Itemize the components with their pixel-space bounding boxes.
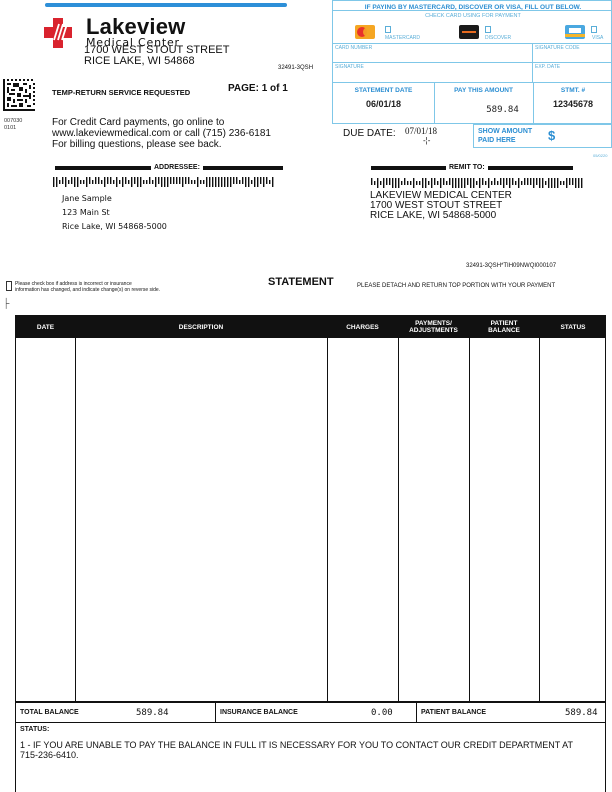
visa-checkbox[interactable]	[591, 26, 597, 33]
address-change-checkbox[interactable]	[6, 281, 12, 291]
insurance-balance-value: 0.00	[371, 708, 393, 718]
status-message: 1 - IF YOU ARE UNABLE TO PAY THE BALANCE…	[20, 740, 590, 760]
signature-field[interactable]: SIGNATURE	[335, 64, 364, 70]
mastercard-icon	[355, 25, 375, 39]
lakeview-logo-icon	[44, 18, 72, 48]
temp-return-notice: TEMP-RETURN SERVICE REQUESTED	[52, 88, 190, 97]
top-accent-rule	[45, 3, 287, 7]
pay-amount-label: PAY THIS AMOUNT	[434, 87, 533, 94]
discover-icon	[459, 25, 479, 39]
statement-table: DATE DESCRIPTION CHARGES PAYMENTS/ ADJUS…	[15, 315, 606, 702]
visa-icon	[565, 25, 585, 39]
reference-code: 32491-3QSH	[278, 65, 313, 71]
statement-title: STATEMENT	[268, 276, 334, 288]
website-link[interactable]: www.lakeviewmedical.com or call (715) 23…	[52, 128, 271, 139]
col-payments: PAYMENTS/ ADJUSTMENTS	[398, 316, 469, 338]
address-change-note: Please check box if address is incorrect…	[15, 281, 160, 293]
due-date-label: DUE DATE:	[343, 128, 396, 139]
side-code: 007030 0101	[4, 118, 22, 132]
col-date: DATE	[16, 316, 75, 338]
dollar-sign: $	[548, 128, 555, 143]
col-status: STATUS	[539, 316, 607, 338]
org-address-line2: RICE LAKE, WI 54868	[84, 56, 195, 67]
mastercard-checkbox[interactable]	[385, 26, 391, 33]
stmt-number-label: STMT. #	[533, 87, 612, 94]
table-header: DATE DESCRIPTION CHARGES PAYMENTS/ ADJUS…	[16, 316, 605, 338]
col-description: DESCRIPTION	[75, 316, 327, 338]
remit-address: LAKEVIEW MEDICAL CENTER 1700 WEST STOUT …	[370, 191, 512, 221]
credit-card-info: For Credit Card payments, go online to w…	[52, 117, 271, 150]
visa-label: VISA	[592, 35, 603, 41]
stmt-number-value: 12345678	[533, 99, 612, 109]
addressee-city: Rice Lake, WI 54868-5000	[62, 220, 167, 234]
amount-paid-field[interactable]: SHOW AMOUNT PAID HERE $	[473, 124, 612, 148]
amount-paid-label: SHOW AMOUNT PAID HERE	[478, 127, 532, 145]
remit-to-label: REMIT TO:	[371, 164, 573, 171]
remit-barcode-icon	[371, 178, 583, 188]
page-number: PAGE: 1 of 1	[228, 83, 288, 94]
card-number-field[interactable]: CARD NUMBER	[335, 45, 372, 51]
status-section: STATUS: 1 - IF YOU ARE UNABLE TO PAY THE…	[15, 723, 606, 792]
mastercard-label: MASTERCARD	[385, 35, 420, 41]
signature-code-field[interactable]: SIGNATURE CODE	[535, 45, 580, 51]
card-payment-subtitle: CHECK CARD USING FOR PAYMENT	[333, 13, 612, 19]
due-date-value: 07/01/18	[405, 126, 437, 136]
addressee-street: 123 Main St	[62, 206, 167, 220]
total-balance-value: 589.84	[136, 708, 169, 718]
patient-balance-label: PATIENT BALANCE	[421, 709, 486, 716]
totals-row: TOTAL BALANCE 589.84 INSURANCE BALANCE 0…	[15, 702, 606, 723]
statement-date-label: STATEMENT DATE	[333, 87, 434, 94]
detach-note: PLEASE DETACH AND RETURN TOP PORTION WIT…	[357, 283, 555, 289]
due-date-mark: -¦-	[423, 138, 430, 144]
status-label: STATUS:	[20, 726, 49, 733]
card-payment-box: IF PAYING BY MASTERCARD, DISCOVER OR VIS…	[332, 0, 612, 124]
addressee-address: Jane Sample 123 Main St Rice Lake, WI 54…	[62, 192, 167, 234]
addressee-name: Jane Sample	[62, 192, 167, 206]
col-patient-balance: PATIENT BALANCE	[469, 316, 539, 338]
insurance-balance-label: INSURANCE BALANCE	[220, 709, 298, 716]
discover-label: DISCOVER	[485, 35, 511, 41]
postal-barcode-icon	[53, 177, 275, 187]
discover-checkbox[interactable]	[485, 26, 491, 33]
form-code: 05/0220	[593, 153, 607, 158]
addressee-label: ADDRESSEE:	[55, 164, 283, 171]
statement-ref-code: 32491-3QSH*TIH09NWQI000107	[466, 263, 556, 269]
exp-date-field[interactable]: EXP. DATE	[535, 64, 560, 70]
datamatrix-code-icon	[3, 79, 35, 111]
total-balance-label: TOTAL BALANCE	[20, 709, 79, 716]
fold-mark: ├	[3, 298, 9, 308]
statement-date-value: 06/01/18	[333, 99, 434, 109]
col-charges: CHARGES	[327, 316, 398, 338]
patient-balance-value: 589.84	[565, 708, 598, 718]
